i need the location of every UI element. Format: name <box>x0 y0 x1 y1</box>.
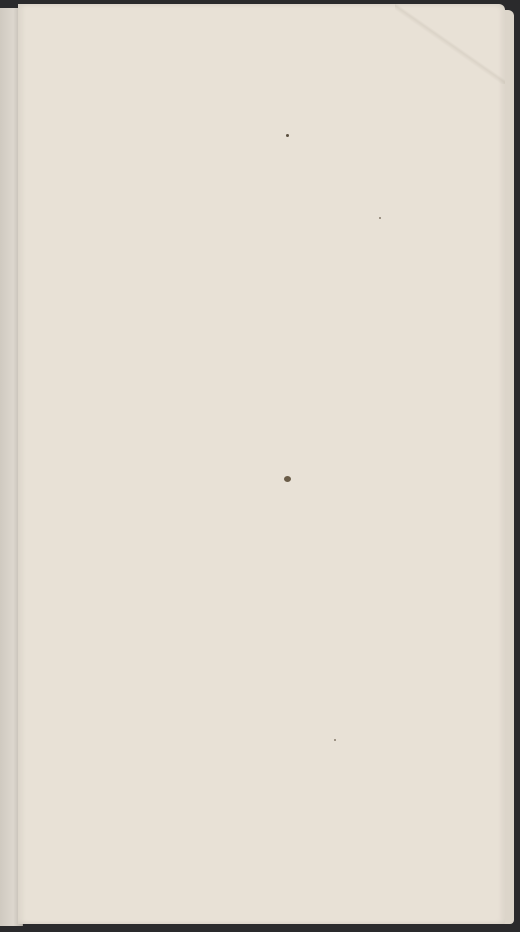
blank-page <box>18 4 505 924</box>
corner-crease <box>395 4 505 84</box>
foxing-speck <box>334 739 336 741</box>
scan-background <box>0 0 520 932</box>
foxing-speck <box>286 134 289 137</box>
foxing-speck <box>379 217 381 219</box>
foxing-speck <box>284 476 291 482</box>
